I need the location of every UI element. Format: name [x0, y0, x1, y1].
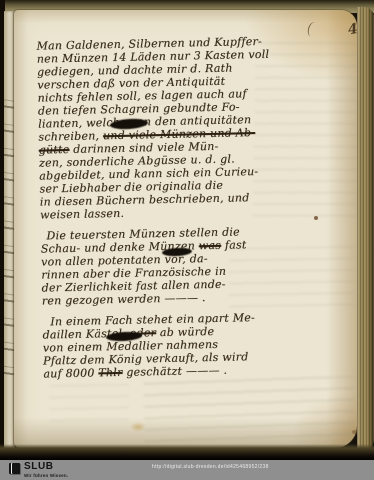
paragraph: Die teuersten Münzen stellen dieSchau- u… [40, 224, 286, 307]
age-spot [130, 422, 146, 432]
citation-url: http://digital.slub-dresden.de/id4254689… [152, 464, 269, 470]
struck-text: was [199, 239, 222, 252]
viewer-footer: SLUB Wir führen Wissen. http://digital.s… [0, 460, 374, 480]
scan-viewport: 45 Man Galdenen, Silbernen und Kupffer-n… [0, 0, 374, 480]
paragraph: Man Galdenen, Silbernen und Kupffer-nen … [36, 34, 284, 221]
struck-text: gütte [39, 143, 70, 157]
handwriting-block: Man Galdenen, Silbernen und Kupffer-nen … [36, 34, 287, 388]
ink-bleedthrough [143, 376, 354, 452]
paragraph: In einem Fach stehet ein apart Me-daille… [42, 310, 287, 380]
page-edge-stack [357, 7, 374, 453]
struck-text: Thlr [98, 366, 122, 380]
slub-book-icon [9, 463, 20, 474]
margin-ink-fragments [4, 91, 14, 381]
slub-brand-text: SLUB Wir führen Wissen. [24, 462, 68, 478]
slub-brand: SLUB Wir führen Wissen. [9, 462, 68, 478]
manuscript-page: 45 Man Galdenen, Silbernen und Kupffer-n… [14, 10, 357, 448]
pen-flourish [306, 21, 319, 38]
manuscript-scan: 45 Man Galdenen, Silbernen und Kupffer-n… [0, 0, 374, 460]
slub-logo-text: SLUB [24, 462, 68, 472]
book-bottom-edge [0, 444, 374, 460]
age-spot [314, 216, 318, 220]
slub-tagline: Wir führen Wissen. [24, 474, 68, 479]
